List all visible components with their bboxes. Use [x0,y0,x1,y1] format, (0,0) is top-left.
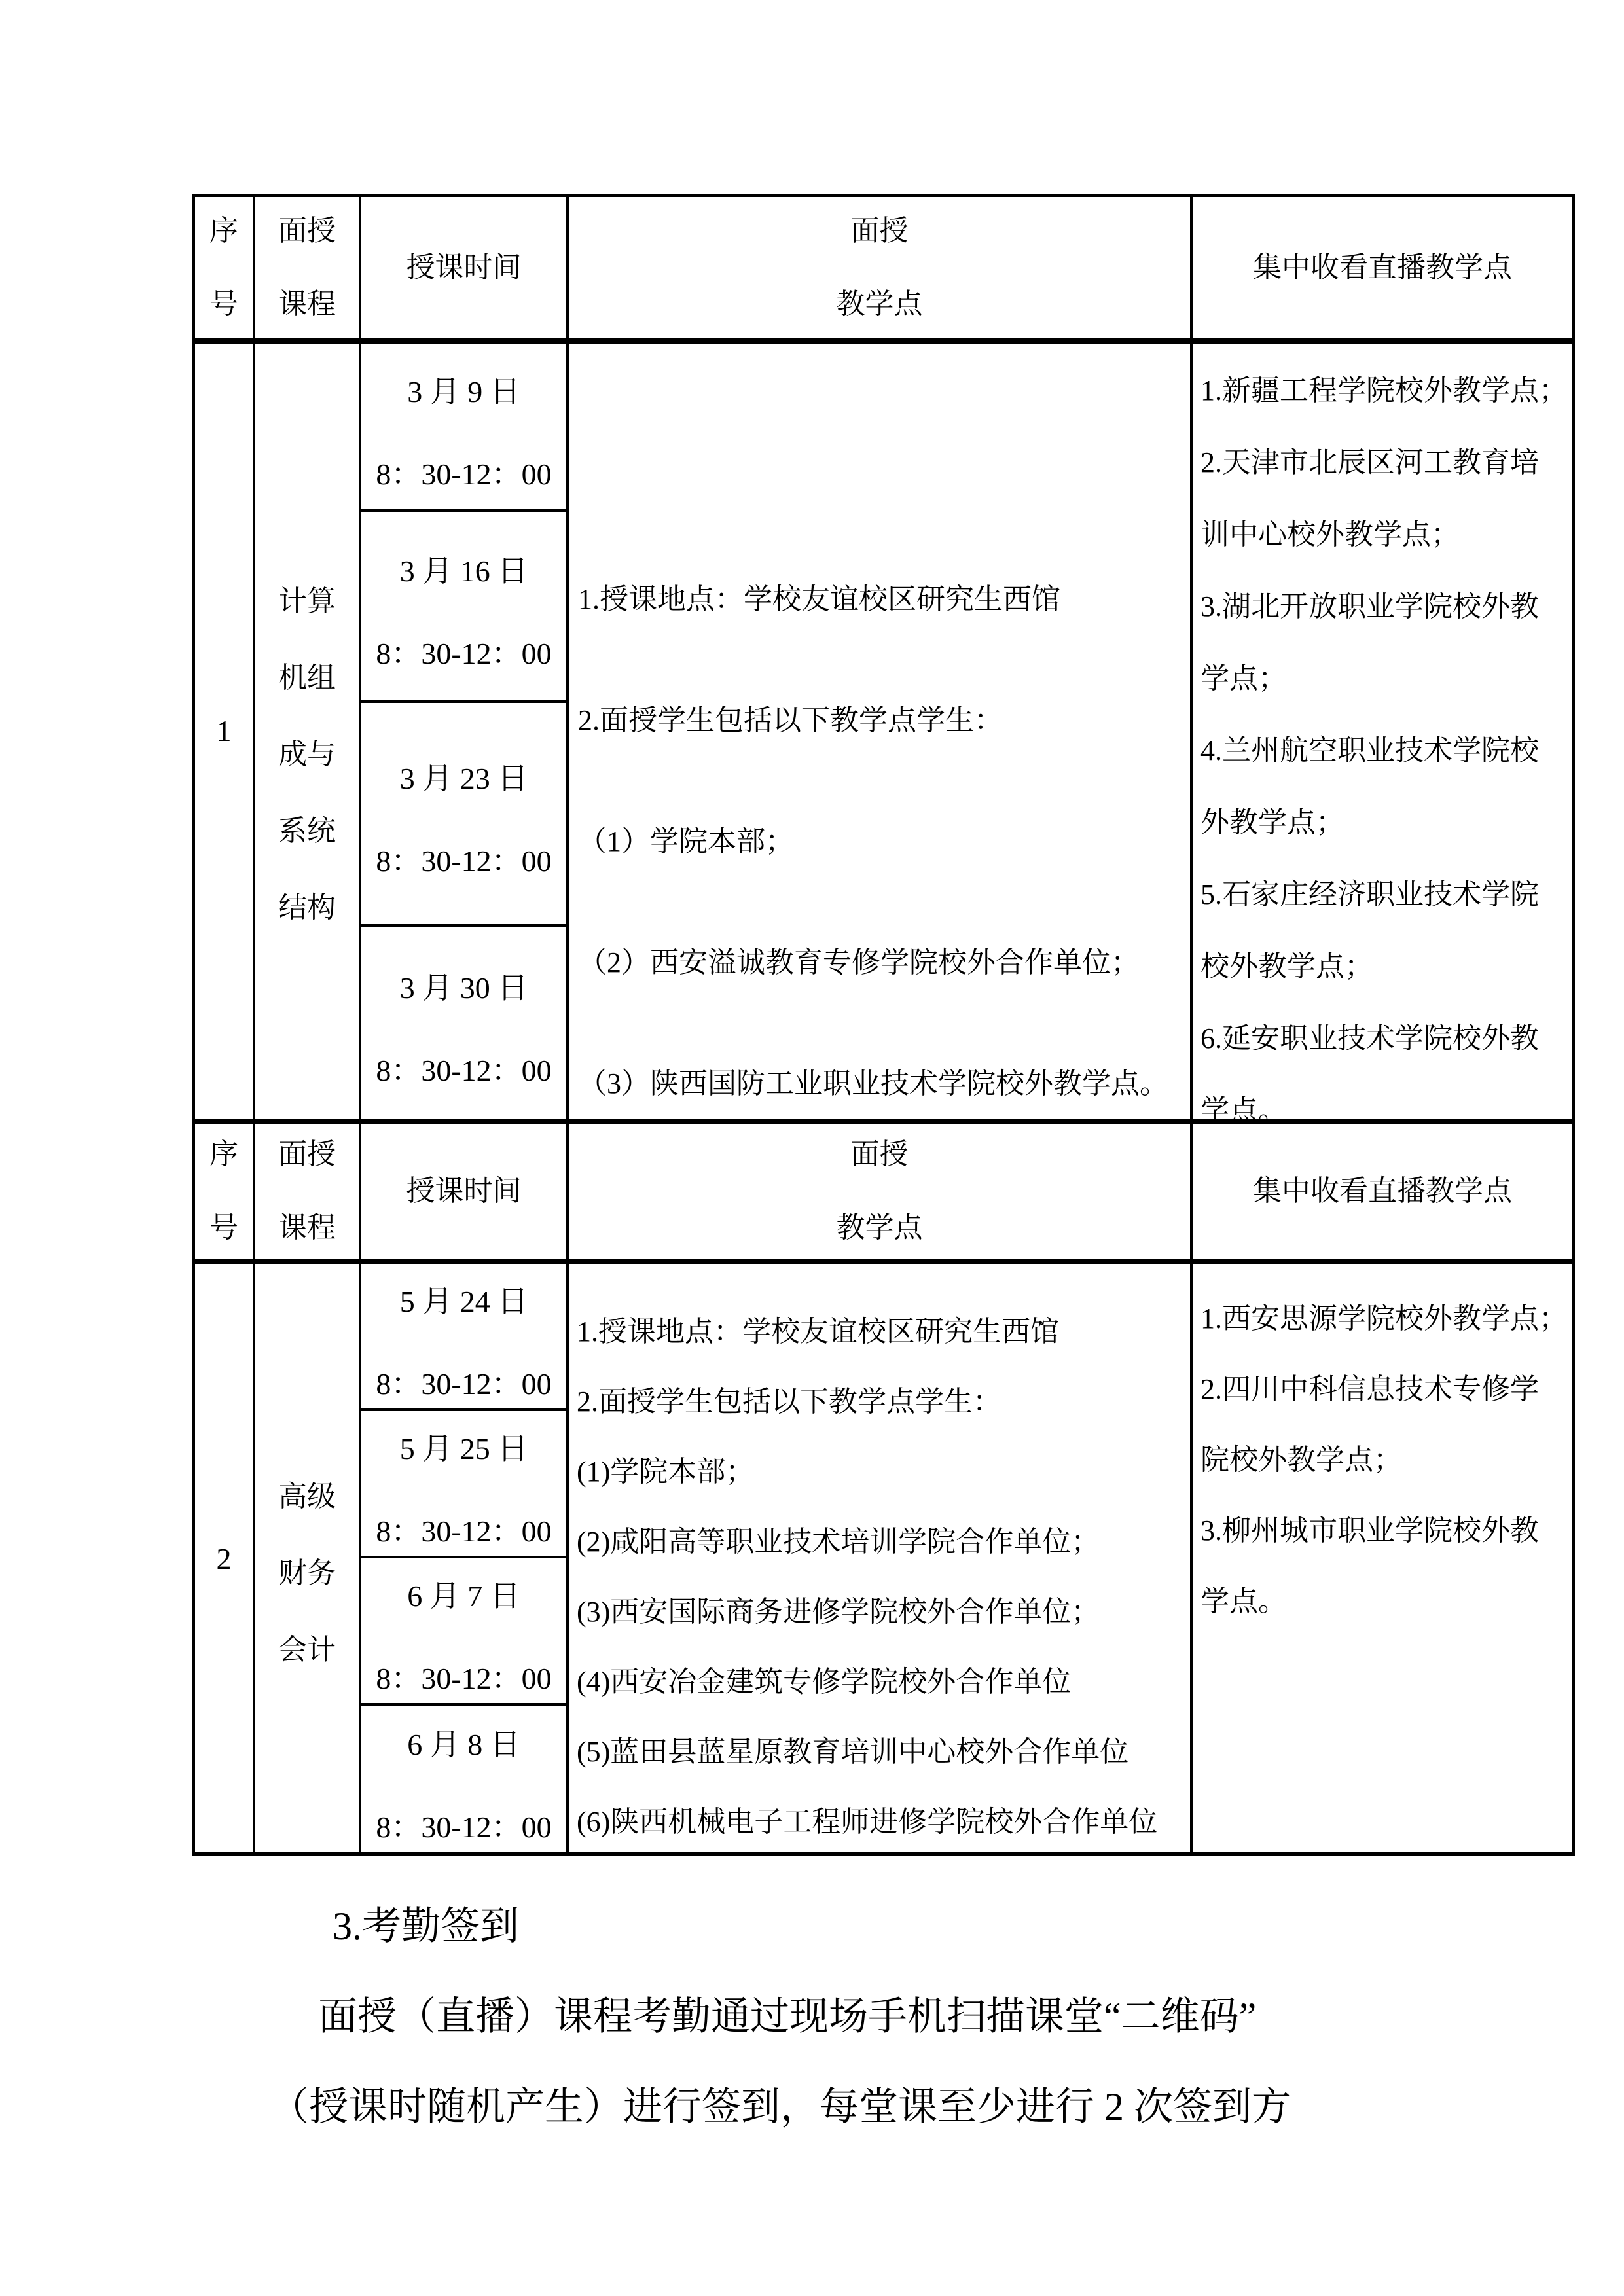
session-time: 8：30-12：00 [376,1780,551,1854]
venue-line: (1)学院本部； [577,1437,1190,1507]
header-cell-seq: 序 号 [195,197,255,344]
row1-live-cell: 1.新疆工程学院校外教学点； 2.天津市北辰区河工教育培 训中心校外教学点； 3… [1193,344,1572,1124]
live-line: 1.新疆工程学院校外教学点； [1200,355,1572,427]
session-date: 5 月 24 日 [400,1264,528,1336]
row2-live-cell: 1.西安思源学院校外教学点； 2.四川中科信息技术专修学 院校外教学点； 3.柳… [1193,1264,1572,1854]
document-page: 序 号 面授 课程 授课时间 面授 教学点 集中收看直播教学点 1 计算 机组 … [0,0,1624,2296]
footnote-line: 面授（直播）课程考勤通过现场手机扫描课堂“二维码” [318,1996,1256,2037]
row2-session3-cell: 6 月 7 日 8：30-12：00 [361,1558,569,1706]
row1-session2-cell: 3 月 16 日 8：30-12：00 [361,512,569,703]
row1-session1-cell: 3 月 9 日 8：30-12：00 [361,344,569,512]
header-course-line: 面授 [278,197,336,268]
venue-line: 1.授课地点：学校友谊校区研究生西馆 [577,1297,1190,1367]
live-line: 院校外教学点； [1200,1425,1572,1496]
live-line: 2.天津市北辰区河工教育培 [1200,427,1572,499]
session-time: 8：30-12：00 [376,814,551,896]
session-date: 3 月 16 日 [400,524,528,606]
venue-line: 2.面授学生包括以下教学点学生： [577,1367,1190,1437]
header-venue-line: 教学点 [837,1191,923,1264]
header-cell-live: 集中收看直播教学点 [1193,1124,1572,1264]
session-date: 3 月 9 日 [407,344,520,427]
row2-venue-cell: 1.授课地点：学校友谊校区研究生西馆 2.面授学生包括以下教学点学生： (1)学… [569,1264,1193,1854]
course-schedule-table: 序 号 面授 课程 授课时间 面授 教学点 集中收看直播教学点 1 计算 机组 … [192,194,1575,1856]
session-time: 8：30-12：00 [376,1631,551,1706]
session-date: 6 月 7 日 [407,1558,520,1631]
venue-line: （3）陕西国防工业职业技术学院校外教学点。 [578,1023,1190,1124]
header-cell-course: 面授 课程 [255,197,361,344]
session-date: 3 月 23 日 [400,731,528,814]
session-date: 3 月 30 日 [400,941,528,1023]
header-cell-live: 集中收看直播教学点 [1193,197,1572,344]
session-time: 8：30-12：00 [376,1023,551,1105]
header-venue-line: 面授 [851,1124,909,1191]
footnote-heading: 3.考勤签到 [333,1906,519,1946]
row1-session4-cell: 3 月 30 日 8：30-12：00 [361,927,569,1124]
row1-venue-cell: 1.授课地点：学校友谊校区研究生西馆 2.面授学生包括以下教学点学生： （1）学… [569,344,1193,1124]
live-line: 6.延安职业技术学院校外教 [1200,1003,1572,1075]
row1-seq-cell: 1 [195,344,255,1124]
session-time: 8：30-12：00 [376,427,551,509]
live-line: 1.西安思源学院校外教学点； [1200,1283,1572,1354]
venue-line: (4)西安冶金建筑专修学院校外合作单位 [577,1647,1190,1717]
header-venue-line: 面授 [851,197,909,268]
row2-session4-cell: 6 月 8 日 8：30-12：00 [361,1706,569,1854]
header-cell-venue: 面授 教学点 [569,197,1193,344]
header-seq-line: 号 [209,1191,238,1264]
header-seq-line: 序 [209,197,238,268]
row2-seq-cell: 2 [195,1264,255,1854]
row1-course-cell: 计算 机组 成与 系统 结构 [255,344,361,1124]
venue-line: 2.面授学生包括以下教学点学生： [578,660,1190,781]
session-date: 5 月 25 日 [400,1411,528,1484]
row2-course-cell: 高级 财务 会计 [255,1264,361,1854]
footnote-line: （授课时随机产生）进行签到，每堂课至少进行 2 次签到方 [270,2087,1291,2127]
session-time: 8：30-12：00 [376,1336,551,1412]
row1-session3-cell: 3 月 23 日 8：30-12：00 [361,703,569,927]
venue-line: (3)西安国际商务进修学院校外合作单位； [577,1577,1190,1647]
live-line: 2.四川中科信息技术专修学 [1200,1354,1572,1425]
header-course-line: 课程 [278,268,336,341]
live-line: 学点； [1200,643,1572,715]
live-line: 学点。 [1200,1075,1572,1124]
row2-session1-cell: 5 月 24 日 8：30-12：00 [361,1264,569,1411]
session-time: 8：30-12：00 [376,606,551,689]
header-seq-line: 号 [209,268,238,341]
live-line: 3.柳州城市职业学院校外教 [1200,1496,1572,1566]
session-date: 6 月 8 日 [407,1706,520,1780]
header-cell-course: 面授 课程 [255,1124,361,1264]
header-venue-line: 教学点 [837,268,923,341]
header-course-line: 课程 [278,1191,336,1264]
header-seq-line: 序 [209,1124,238,1191]
live-line: 训中心校外教学点； [1200,499,1572,571]
live-line: 校外教学点； [1200,931,1572,1003]
live-line: 5.石家庄经济职业技术学院 [1200,859,1572,931]
live-line: 3.湖北开放职业学院校外教 [1200,571,1572,643]
venue-line: (6)陕西机械电子工程师进修学院校外合作单位 [577,1787,1190,1854]
venue-line: （1）学院本部； [578,781,1190,902]
header-cell-time: 授课时间 [361,197,569,344]
venue-line: 1.授课地点：学校友谊校区研究生西馆 [578,539,1190,660]
venue-line: (5)蓝田县蓝星原教育培训中心校外合作单位 [577,1717,1190,1787]
header-cell-venue: 面授 教学点 [569,1124,1193,1264]
header-cell-seq: 序 号 [195,1124,255,1264]
session-time: 8：30-12：00 [376,1484,551,1559]
live-line: 4.兰州航空职业技术学院校 [1200,715,1572,787]
venue-line: （2）西安溢诚教育专修学院校外合作单位； [578,902,1190,1023]
live-line: 学点。 [1200,1566,1572,1637]
venue-line: (2)咸阳高等职业技术培训学院合作单位； [577,1507,1190,1577]
row2-session2-cell: 5 月 25 日 8：30-12：00 [361,1411,569,1558]
live-line: 外教学点； [1200,787,1572,859]
header-cell-time: 授课时间 [361,1124,569,1264]
header-course-line: 面授 [278,1124,336,1191]
